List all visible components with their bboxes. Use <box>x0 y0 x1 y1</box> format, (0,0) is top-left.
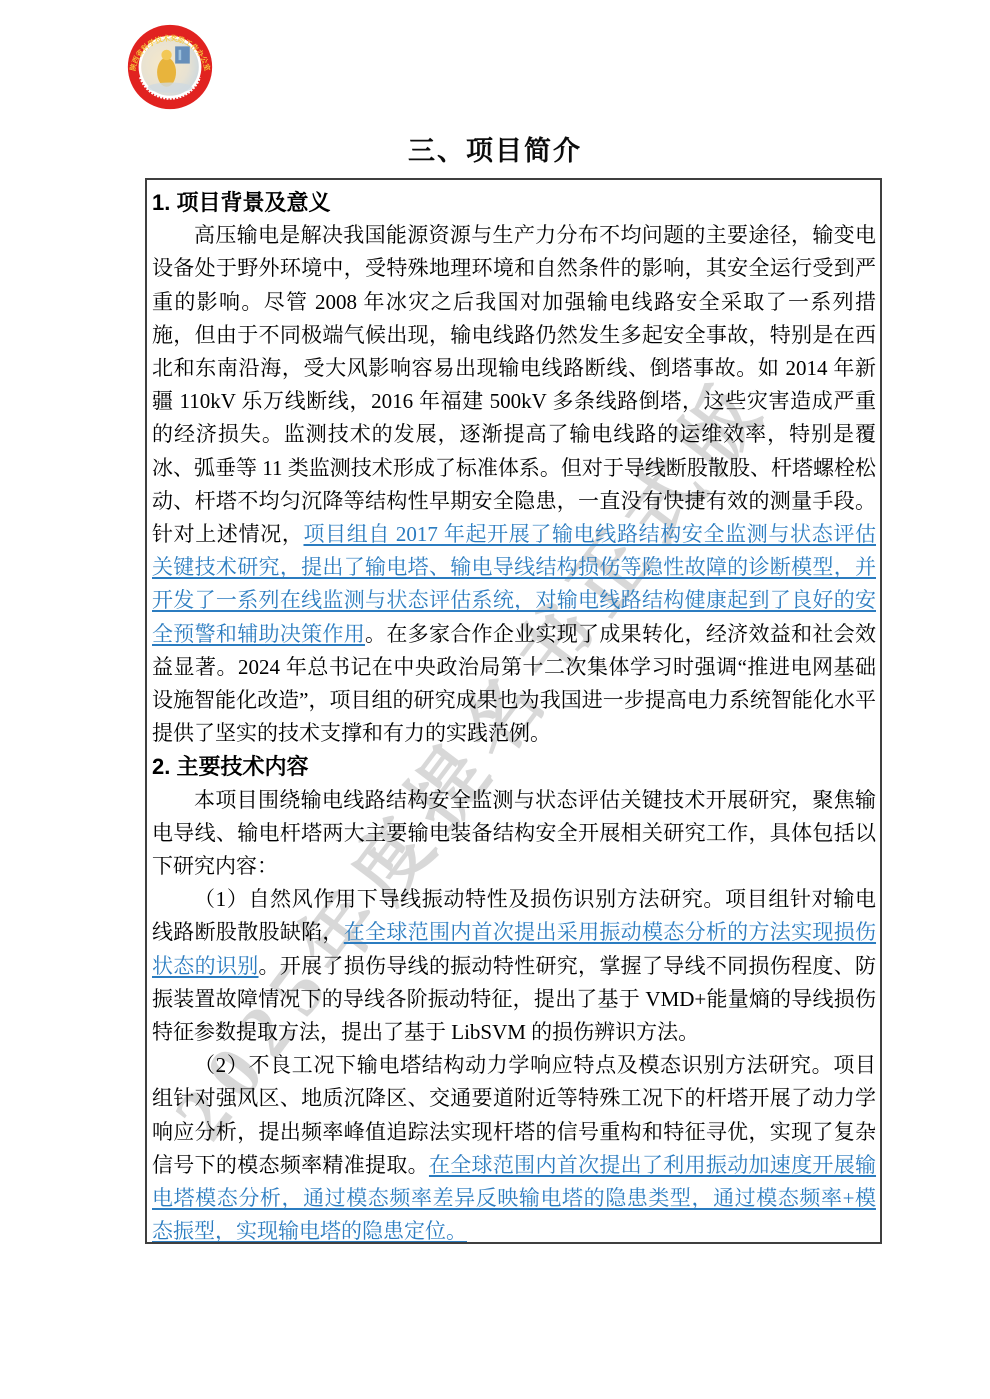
page-title: 三、项目简介 <box>0 129 990 168</box>
text-segment: 高压输电是解决我国能源资源与生产力分布不均问题的主要途径，输变电设备处于野外环境… <box>152 223 876 546</box>
seal-photo-water <box>148 82 193 92</box>
content-box: 1. 项目背景及意义高压输电是解决我国能源资源与生产力分布不均问题的主要途径，输… <box>145 178 882 1244</box>
seal-photo-building <box>175 46 190 63</box>
paragraph: 高压输电是解决我国能源资源与生产力分布不均问题的主要途径，输变电设备处于野外环境… <box>152 219 876 750</box>
seal-photo-statue-head <box>161 50 171 60</box>
text-segment: 。开展了损伤导线的振动特性研究，掌握了导线不同损伤程度、防振装置故障情况下的导线… <box>152 954 876 1044</box>
text-segment: 本项目围绕输电线路结构安全监测与状态评估关键技术开展研究，聚焦输电导线、输电杆塔… <box>152 788 876 878</box>
section-heading: 2. 主要技术内容 <box>152 750 876 783</box>
document-page: 2025年度提名书正式版 陕西省科学技术奖励工作办公室 <box>0 0 990 1399</box>
paragraph: 本项目围绕输电线路结构安全监测与状态评估关键技术开展研究，聚焦输电导线、输电杆塔… <box>152 784 876 884</box>
seal-photo-window <box>179 50 182 60</box>
award-office-seal-logo: 陕西省科学技术奖励工作办公室 <box>127 24 213 110</box>
paragraph: （1）自然风作用下导线振动特性及损伤识别方法研究。项目组针对输电线路断股散股缺陷… <box>152 883 876 1049</box>
paragraph: （2）不良工况下输电塔结构动力学响应特点及模态识别方法研究。项目组针对强风区、地… <box>152 1049 876 1244</box>
seal-icon: 陕西省科学技术奖励工作办公室 <box>127 24 213 110</box>
seal-photo-statue-body <box>157 58 176 87</box>
section-heading: 1. 项目背景及意义 <box>152 186 876 219</box>
